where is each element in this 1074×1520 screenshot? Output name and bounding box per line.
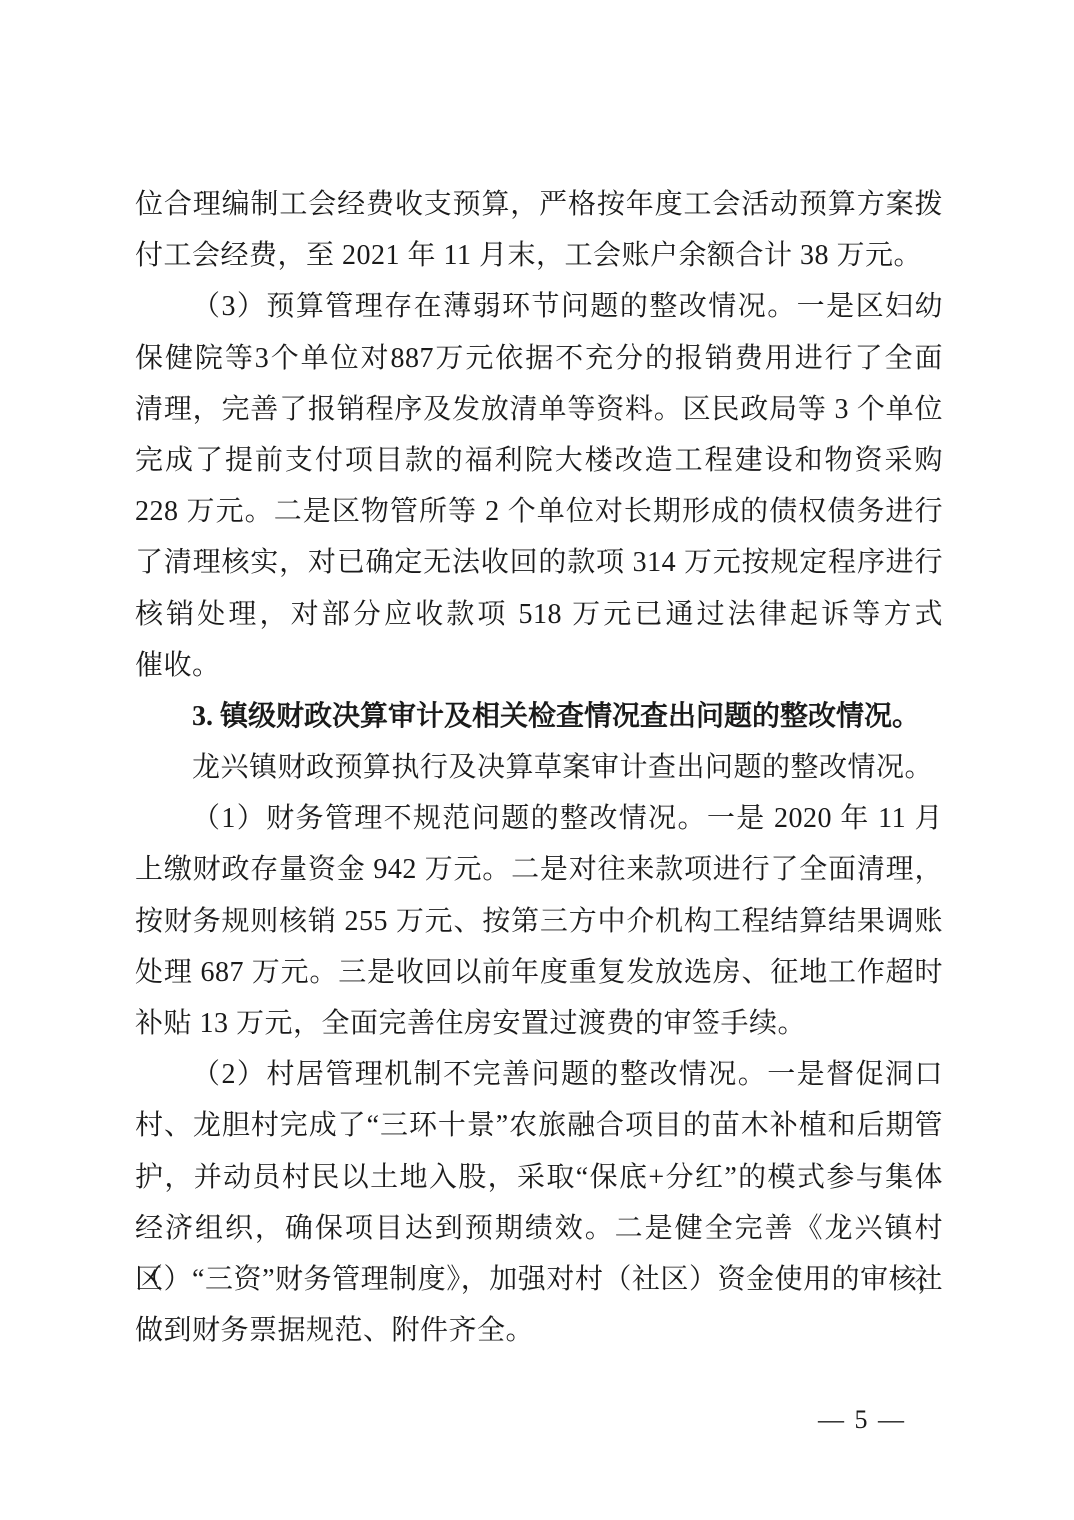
- text-line: 保健院等3个单位对887万元依据不充分的报销费用进行了全面: [135, 333, 943, 384]
- text-line: 催收。: [135, 640, 943, 691]
- text-line: 做到财务票据规范、附件齐全。: [135, 1305, 943, 1356]
- text-line: 处理 687 万元。三是收回以前年度重复发放选房、征地工作超时: [135, 947, 943, 998]
- text-line: 按财务规则核销 255 万元、按第三方中介机构工程结算结果调账: [135, 896, 943, 947]
- document-page: 位合理编制工会经费收支预算，严格按年度工会活动预算方案拨 付工会经费，至 202…: [0, 0, 1074, 1520]
- text-line: 了清理核实，对已确定无法收回的款项 314 万元按规定程序进行: [135, 537, 943, 588]
- text-line: 完成了提前支付项目款的福利院大楼改造工程建设和物资采购: [135, 435, 943, 486]
- text-line: 龙兴镇财政预算执行及决算草案审计查出问题的整改情况。: [135, 742, 943, 793]
- text-line: 区）“三资”财务管理制度》，加强对村（社区）资金使用的审核，: [135, 1254, 943, 1305]
- text-line: 上缴财政存量资金 942 万元。二是对往来款项进行了全面清理，: [135, 844, 943, 895]
- text-line: 经济组织，确保项目达到预期绩效。二是健全完善《龙兴镇村（社: [135, 1203, 943, 1254]
- text-line: 位合理编制工会经费收支预算，严格按年度工会活动预算方案拨: [135, 179, 943, 230]
- text-line: （3）预算管理存在薄弱环节问题的整改情况。一是区妇幼: [135, 281, 943, 332]
- text-line: （1）财务管理不规范问题的整改情况。一是 2020 年 11 月: [135, 793, 943, 844]
- text-line: 村、龙胆村完成了“三环十景”农旅融合项目的苗木补植和后期管: [135, 1100, 943, 1151]
- text-line: 清理，完善了报销程序及发放清单等资料。区民政局等 3 个单位: [135, 384, 943, 435]
- section-heading: 3. 镇级财政决算审计及相关检查情况查出问题的整改情况。: [135, 691, 943, 742]
- text-line: （2）村居管理机制不完善问题的整改情况。一是督促洞口: [135, 1049, 943, 1100]
- document-text-block: 位合理编制工会经费收支预算，严格按年度工会活动预算方案拨 付工会经费，至 202…: [135, 179, 943, 1356]
- text-line: 228 万元。二是区物管所等 2 个单位对长期形成的债权债务进行: [135, 486, 943, 537]
- page-number: — 5 —: [818, 1400, 978, 1440]
- text-line: 护，并动员村民以土地入股，采取“保底+分红”的模式参与集体: [135, 1152, 943, 1203]
- text-line: 补贴 13 万元，全面完善住房安置过渡费的审签手续。: [135, 998, 943, 1049]
- text-line: 付工会经费，至 2021 年 11 月末，工会账户余额合计 38 万元。: [135, 230, 943, 281]
- text-line: 核销处理，对部分应收款项 518 万元已通过法律起诉等方式: [135, 589, 943, 640]
